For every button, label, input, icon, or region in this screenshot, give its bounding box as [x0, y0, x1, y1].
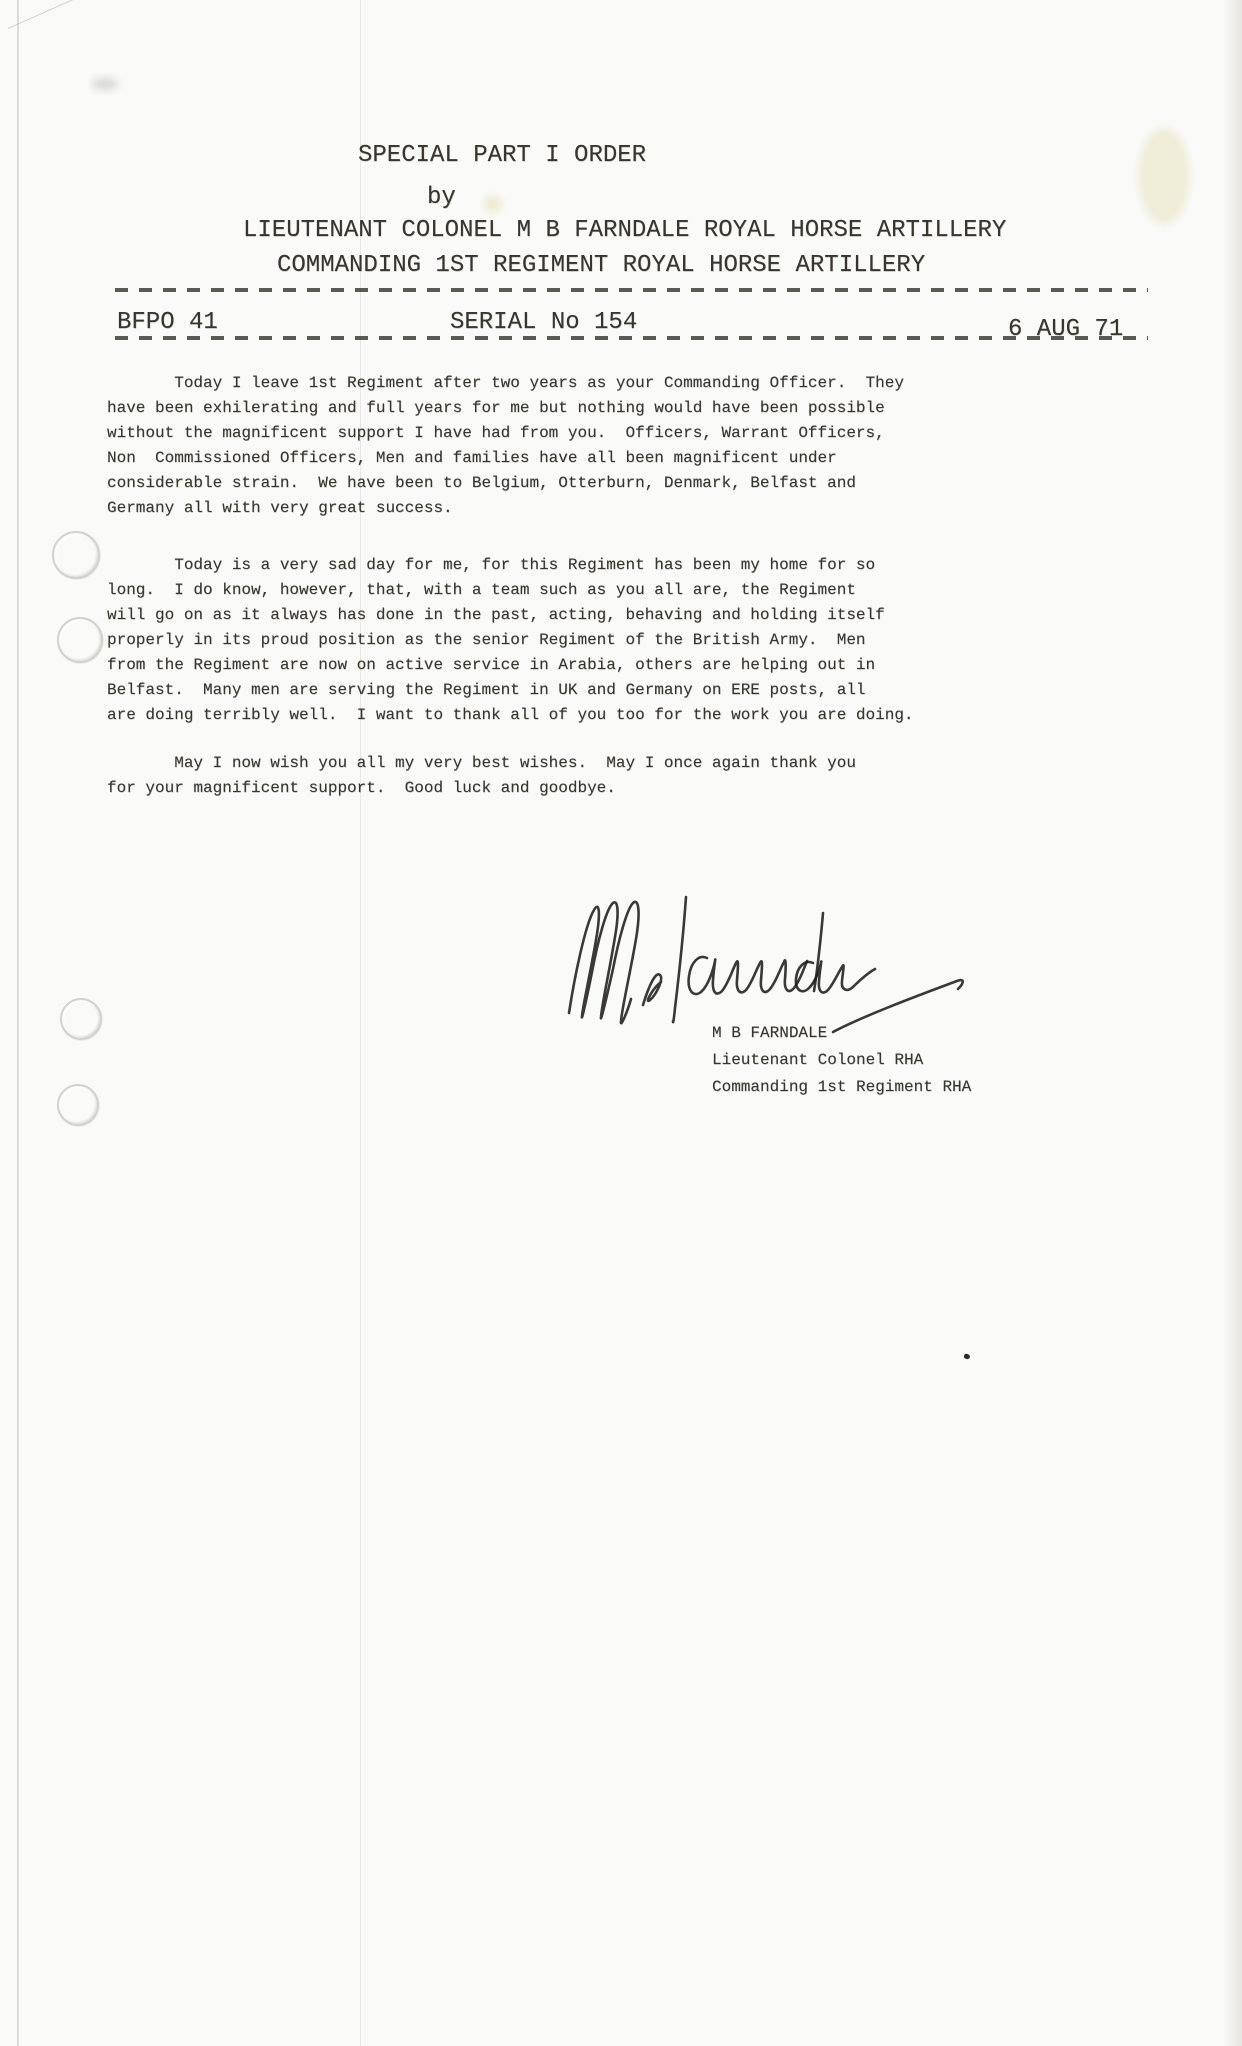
paragraph-farewell: Today I leave 1st Regiment after two yea… [107, 371, 904, 521]
dashed-rule-top [115, 288, 1148, 292]
order-title: SPECIAL PART I ORDER [358, 143, 646, 169]
signatory-name: M B FARNDALE [712, 1021, 827, 1046]
hole-punch-mark [57, 617, 103, 663]
top-left-corner-crease [8, 0, 168, 29]
byline: by [427, 185, 456, 211]
bfpo-number: BFPO 41 [117, 309, 218, 336]
signature-stroke [569, 902, 639, 1023]
page-left-edge-line [17, 0, 19, 2046]
paper-stain [484, 196, 502, 212]
scan-right-edge-shadow [1222, 0, 1242, 2046]
scanned-letter-page: SPECIAL PART I ORDER by LIEUTENANT COLON… [0, 0, 1242, 2046]
paragraph-good-wishes: May I now wish you all my very best wish… [107, 751, 856, 801]
signature-stroke [796, 961, 875, 992]
paper-smudge [92, 78, 118, 90]
hole-punch-mark [52, 531, 100, 579]
signature-stroke [689, 957, 807, 994]
signature-stroke [643, 974, 661, 1005]
officer-name-line: LIEUTENANT COLONEL M B FARNDALE ROYAL HO… [243, 218, 1006, 244]
serial-number: SERIAL No 154 [450, 309, 637, 336]
ink-speck [963, 1353, 970, 1359]
hole-punch-mark [57, 1084, 99, 1126]
signature-stroke [673, 897, 686, 1022]
vertical-fold-crease [360, 0, 361, 2046]
signatory-appointment: Commanding 1st Regiment RHA [712, 1075, 971, 1100]
paragraph-regiment-future: Today is a very sad day for me, for this… [107, 553, 914, 728]
dashed-rule-bottom [115, 336, 1148, 340]
hole-punch-mark [60, 998, 102, 1040]
signatory-rank: Lieutenant Colonel RHA [712, 1048, 923, 1073]
command-line: COMMANDING 1ST REGIMENT ROYAL HORSE ARTI… [277, 253, 925, 279]
paper-stain [1138, 128, 1190, 224]
